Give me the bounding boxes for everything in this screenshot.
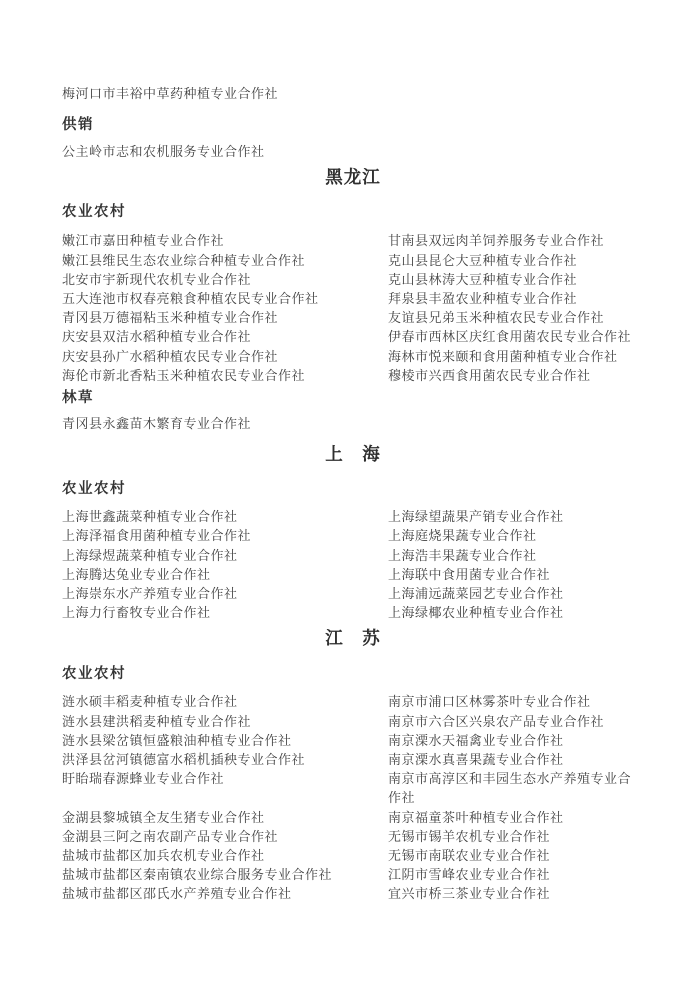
cooperative-name: 盐城市盐都区加兵农机专业合作社 (62, 846, 388, 865)
department-heading-forestry-hlj: 林草 (62, 388, 644, 409)
cooperative-name: 嫩江市嘉田种植专业合作社 (62, 231, 388, 250)
province-heading-heilongjiang: 黑龙江 (62, 164, 644, 190)
cooperative-name: 拜泉县丰盈农业种植专业合作社 (388, 289, 644, 308)
cooperative-name: 涟水硕丰稻麦种植专业合作社 (62, 692, 388, 711)
cooperative-name: 庆安县双洁水稻种植专业合作社 (62, 327, 388, 346)
cooperative-name: 上海联中食用菌专业合作社 (388, 565, 644, 584)
cooperative-name: 南京福童茶叶种植专业合作社 (388, 808, 644, 827)
cooperative-list-shanghai: 上海世鑫蔬菜种植专业合作社上海泽福食用菌种植专业合作社上海绿煜蔬菜种植专业合作社… (62, 507, 644, 622)
cooperative-name: 南京溧水真喜果蔬专业合作社 (388, 750, 644, 769)
cooperative-name: 五大连池市权春亮粮食种植农民专业合作社 (62, 289, 388, 308)
cooperative-name: 无锡市南联农业专业合作社 (388, 846, 644, 865)
cooperative-name: 南京市六合区兴泉农产品专业合作社 (388, 712, 644, 731)
cooperative-name: 上海庭烧果蔬专业合作社 (388, 526, 644, 545)
cooperative-name: 上海泽福食用菌种植专业合作社 (62, 526, 388, 545)
department-heading-agriculture-hlj: 农业农村 (62, 202, 644, 223)
cooperative-column-left: 上海世鑫蔬菜种植专业合作社上海泽福食用菌种植专业合作社上海绿煜蔬菜种植专业合作社… (62, 507, 388, 622)
cooperative-column-right: 甘南县双远肉羊饲养服务专业合作社克山县昆仑大豆种植专业合作社克山县林涛大豆种植专… (388, 231, 644, 385)
cooperative-name: 青冈县万德福粘玉米种植专业合作社 (62, 308, 388, 327)
cooperative-column-left: 嫩江市嘉田种植专业合作社嫩江县维民生态农业综合种植专业合作社北安市宇新现代农机专… (62, 231, 388, 385)
cooperative-name: 宜兴市桥三茶业专业合作社 (388, 884, 644, 903)
cooperative-column-right: 上海绿望蔬果产销专业合作社上海庭烧果蔬专业合作社上海浩丰果蔬专业合作社上海联中食… (388, 507, 644, 622)
cooperative-column-left: 涟水硕丰稻麦种植专业合作社涟水县建洪稻麦种植专业合作社涟水县梁岔镇恒盛粮油种植专… (62, 692, 388, 903)
province-heading-jiangsu: 江 苏 (62, 625, 644, 651)
cooperative-name: 伊春市西林区庆红食用菌农民专业合作社 (388, 327, 644, 346)
cooperative-name: 上海绿椰农业种植专业合作社 (388, 603, 644, 622)
cooperative-name: 嫩江县维民生态农业综合种植专业合作社 (62, 251, 388, 270)
document-page: 梅河口市丰裕中草药种植专业合作社 供销 公主岭市志和农机服务专业合作社 黑龙江 … (0, 0, 700, 990)
cooperative-name: 盱眙瑞春源蜂业专业合作社 (62, 769, 388, 788)
cooperative-name: 金湖县黎城镇全友生猪专业合作社 (62, 808, 388, 827)
cooperative-name: 南京溧水天福禽业专业合作社 (388, 731, 644, 750)
cooperative-name: 江阴市雪峰农业专业合作社 (388, 865, 644, 884)
cooperative-name: 青冈县永鑫苗木繁育专业合作社 (62, 414, 644, 433)
cooperative-list-jiangsu: 涟水硕丰稻麦种植专业合作社涟水县建洪稻麦种植专业合作社涟水县梁岔镇恒盛粮油种植专… (62, 692, 644, 903)
blank-line (62, 788, 388, 807)
cooperative-name: 上海力行畜牧专业合作社 (62, 603, 388, 622)
cooperative-name: 穆棱市兴西食用菌农民专业合作社 (388, 366, 644, 385)
cooperative-name: 上海绿望蔬果产销专业合作社 (388, 507, 644, 526)
cooperative-list-heilongjiang: 嫩江市嘉田种植专业合作社嫩江县维民生态农业综合种植专业合作社北安市宇新现代农机专… (62, 231, 644, 385)
cooperative-name: 克山县昆仑大豆种植专业合作社 (388, 251, 644, 270)
cooperative-name: 公主岭市志和农机服务专业合作社 (62, 142, 644, 161)
cooperative-name: 上海腾达兔业专业合作社 (62, 565, 388, 584)
cooperative-name: 友谊县兄弟玉米种植农民专业合作社 (388, 308, 644, 327)
province-heading-shanghai: 上 海 (62, 441, 644, 467)
cooperative-name: 盐城市盐都区秦南镇农业综合服务专业合作社 (62, 865, 388, 884)
cooperative-name: 南京市高淳区和丰园生态水产养殖专业合作社 (388, 769, 644, 807)
department-heading-agriculture-sh: 农业农村 (62, 479, 644, 500)
cooperative-name: 海林市悦来颐和食用菌种植专业合作社 (388, 347, 644, 366)
department-heading-agriculture-js: 农业农村 (62, 664, 644, 685)
cooperative-name: 上海崇东水产养殖专业合作社 (62, 584, 388, 603)
cooperative-name: 无锡市锡羊农机专业合作社 (388, 827, 644, 846)
cooperative-name: 涟水县建洪稻麦种植专业合作社 (62, 712, 388, 731)
cooperative-name: 洪泽县岔河镇德富水稻机插秧专业合作社 (62, 750, 388, 769)
cooperative-name: 涟水县梁岔镇恒盛粮油种植专业合作社 (62, 731, 388, 750)
cooperative-name: 上海浩丰果蔬专业合作社 (388, 546, 644, 565)
cooperative-name: 上海绿煜蔬菜种植专业合作社 (62, 546, 388, 565)
cooperative-name: 盐城市盐都区邵氏水产养殖专业合作社 (62, 884, 388, 903)
cooperative-name: 梅河口市丰裕中草药种植专业合作社 (62, 84, 644, 103)
cooperative-name: 甘南县双远肉羊饲养服务专业合作社 (388, 231, 644, 250)
cooperative-name: 上海世鑫蔬菜种植专业合作社 (62, 507, 388, 526)
cooperative-name: 北安市宇新现代农机专业合作社 (62, 270, 388, 289)
cooperative-name: 上海浦远蔬菜园艺专业合作社 (388, 584, 644, 603)
cooperative-name: 金湖县三阿之南农副产品专业合作社 (62, 827, 388, 846)
department-heading-supply-marketing: 供销 (62, 115, 644, 136)
cooperative-name: 庆安县孙广水稻种植农民专业合作社 (62, 347, 388, 366)
cooperative-column-right: 南京市浦口区林雾茶叶专业合作社南京市六合区兴泉农产品专业合作社南京溧水天福禽业专… (388, 692, 644, 903)
cooperative-name: 南京市浦口区林雾茶叶专业合作社 (388, 692, 644, 711)
cooperative-name: 克山县林涛大豆种植专业合作社 (388, 270, 644, 289)
cooperative-name: 海伦市新北香粘玉米种植农民专业合作社 (62, 366, 388, 385)
